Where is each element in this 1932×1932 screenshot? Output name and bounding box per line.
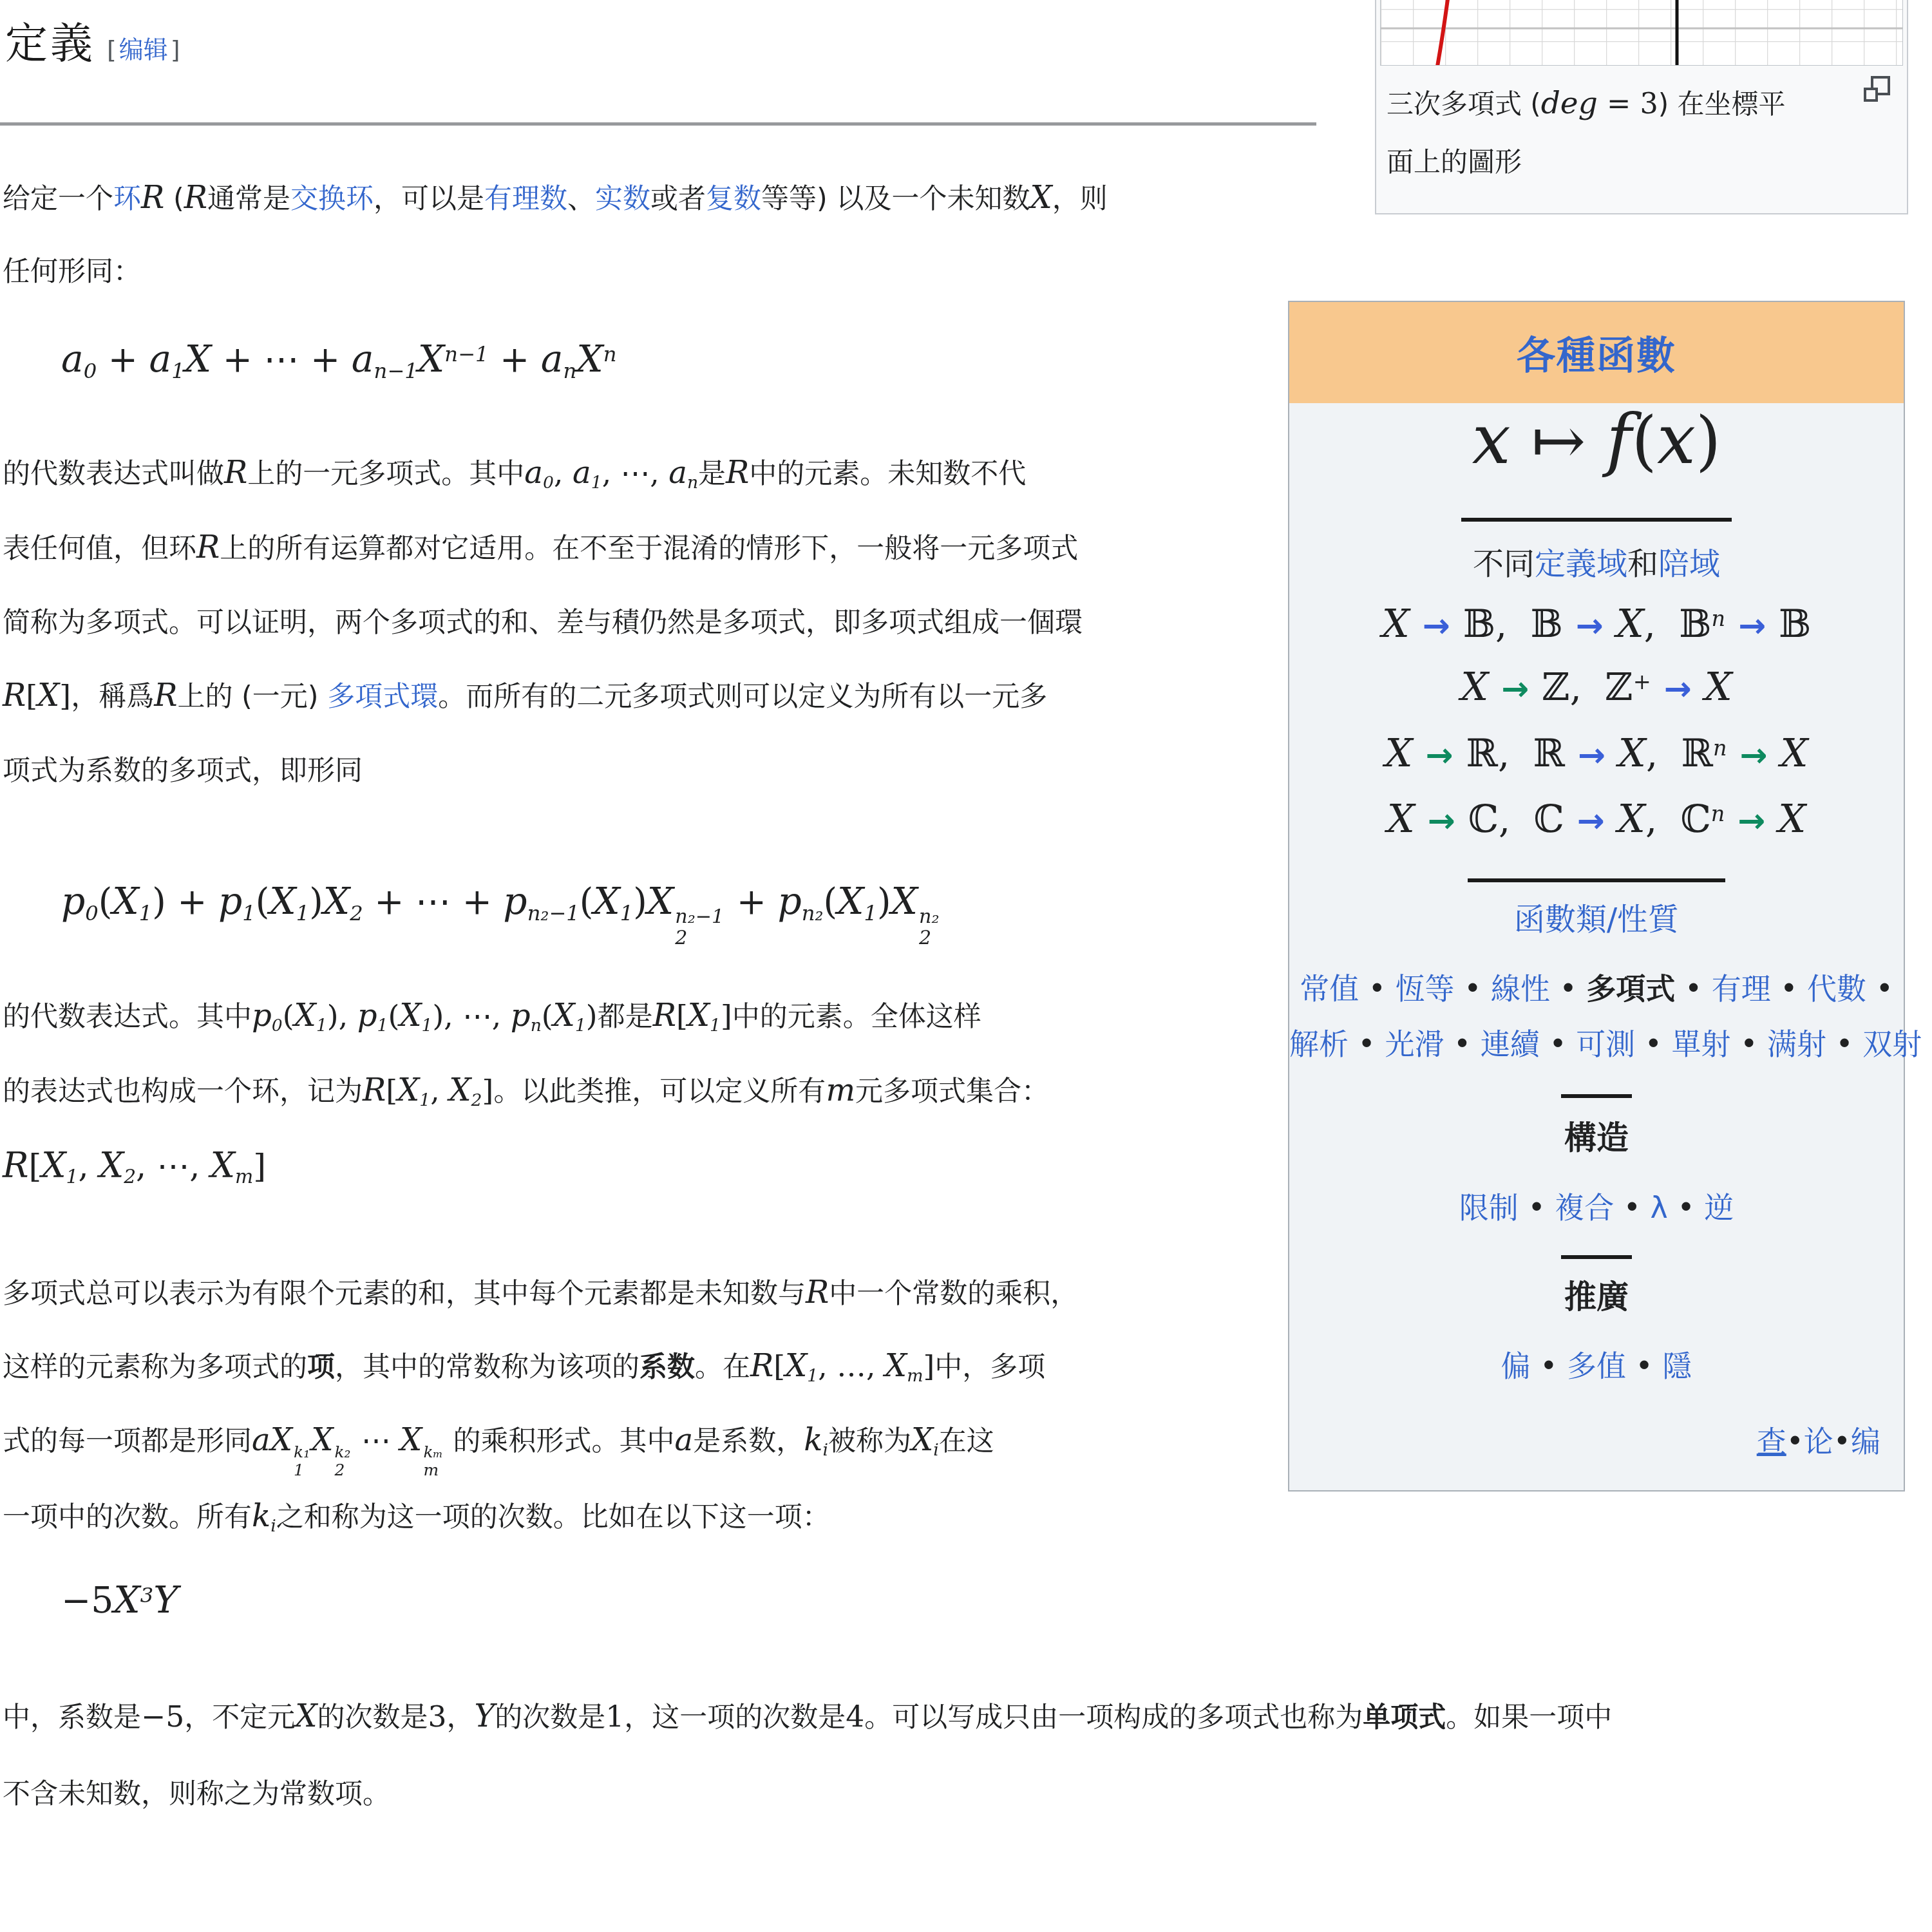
text-run: p [511,998,531,1034]
text-run: • [1455,971,1491,1006]
text-run: 中的元素。未知数不代 [749,458,1026,490]
text-run: 一项中的次数。所有 [3,1501,252,1533]
text-run: • [1833,1424,1851,1459]
text-run: 中，系数是 [3,1701,141,1734]
text-run: ), ⋯, [432,999,510,1033]
text-run: 𝔹 [1531,602,1563,647]
text-run: i [270,1516,276,1536]
text-run: • [1675,971,1711,1006]
text-run: [ [676,999,688,1033]
text-run: R [653,998,676,1034]
link[interactable]: λ [1651,1190,1668,1225]
text-run: , [1646,733,1681,775]
math-base: X [647,879,674,923]
paragraph-line: 不含未知数，则称之为常数项。 [3,1777,390,1812]
text-run: • [1359,971,1395,1006]
link[interactable]: 陪域 [1658,546,1720,582]
text-run: X [269,879,296,923]
text-run: i [933,1440,939,1460]
text-run: X [1616,601,1644,647]
text-run: n−1 [374,359,417,383]
link[interactable]: 多項式 [1586,971,1675,1006]
link[interactable]: 解析 [1289,1027,1349,1061]
text-run: 元多项式集合： [855,1075,1049,1108]
text-run: X [113,1578,140,1622]
math-scripts: k₂2 [334,1443,350,1479]
text-run: k [804,1422,822,1458]
text-run: 1 [419,1090,430,1110]
text-run: 表任何值，但环 [3,533,196,565]
text-run: ℤ [1542,665,1569,710]
text-run: 1 [710,1016,721,1036]
cubic-polynomial-graph-image[interactable] [1380,0,1903,66]
text-run: 1 [316,1016,327,1036]
text-run: 1 [620,901,634,925]
math-base: X [891,879,918,923]
text-run: • [1444,1027,1480,1061]
text-run: R [363,1072,386,1108]
text-run: 2 [124,1166,136,1188]
divider [1461,518,1732,522]
link[interactable]: 多值 [1567,1349,1626,1383]
text-run: 或者 [650,183,706,215]
text-run: X [553,998,575,1034]
paragraph-line: 的代数表达式叫做R上的一元多项式。其中a0, a1, ⋯, an是R中的元素。未… [3,457,1026,492]
text-run: X [885,1348,907,1384]
text-run: a [252,1422,270,1458]
text-run: → [1423,607,1450,645]
text-run: 1 [171,359,185,383]
text-run: X [323,879,350,923]
text-run: n [603,342,617,366]
text-run: 中，多项 [934,1351,1045,1383]
link[interactable]: 線性 [1491,971,1550,1006]
text-run: , [1498,733,1533,775]
text-run: ( [542,999,553,1033]
text-run: [ [386,1074,397,1108]
text-run: ( [1632,403,1657,478]
text-run: 。如果一项中 [1446,1701,1612,1734]
infobox-title[interactable]: 各種函數 [1517,325,1676,381]
text-run: ) [1696,403,1721,478]
link[interactable]: 有理 [1712,971,1771,1006]
text-run: x [1472,400,1511,480]
text-run: 的乘积形式。其中 [444,1425,675,1457]
divider [1468,878,1725,882]
text-run: X [593,879,620,923]
text-run: ), [327,999,357,1033]
link[interactable]: 双射 [1862,1027,1922,1061]
text-run: → [1578,736,1605,775]
text-run: ( [823,881,837,922]
text-run: ) 在坐標平 [1658,88,1786,120]
text-run: X [1382,601,1410,647]
text-run: ， [447,1701,475,1734]
text-run: 、 [567,183,595,215]
text-run: 1 [377,1016,388,1036]
math-formula-bivariate: p0(X1) + p1(X1)X2 + ⋯ + pn₂−1(X1)Xn₂−12 … [61,882,940,949]
text-run: 都是 [598,1001,653,1033]
text-run: 3 [428,1700,447,1734]
text-run: 是 [698,458,726,490]
text-run: X [911,1422,933,1458]
text-run: ( [164,183,184,215]
edit-section: [编辑] [107,30,180,65]
link[interactable]: 论 [1804,1424,1833,1459]
text-run: ] [721,999,732,1033]
text-run: ⋯ [352,1423,401,1457]
math-scripts: n₂−12 [675,906,724,949]
text-run: ℤ [1605,665,1633,710]
mapping-row-boolean: X→𝔹, 𝔹→X, 𝔹n→𝔹 [1289,605,1904,645]
infobox-header: 各種函數 [1289,302,1904,403]
math-scripts: kₘm [423,1443,442,1479]
link[interactable]: 恆等 [1396,971,1455,1006]
text-run: ( [580,881,594,922]
text-run: a [524,455,543,491]
construction-section-header: 構造 [1289,1112,1904,1159]
text-run: R [750,1348,773,1384]
text-run: p [503,879,527,923]
text-run: 1 [139,901,153,925]
text-run: R [3,677,26,714]
edit-bracket-open: [ [107,35,117,64]
function-class-links-row: 常值 • 恆等 • 線性 • 多項式 • 有理 • 代數 • [1289,965,1904,1008]
text-run: 面上的圖形 [1387,146,1522,178]
text-run: ] [482,1074,494,1108]
link[interactable]: 偏 [1501,1349,1531,1383]
paragraph-line: R[X]，稱爲R上的 (一元) 多項式環。而所有的二元多项式则可以定义为所有以一… [3,680,1047,715]
text-run: 项式为系数的多项式，即形同 [3,755,363,787]
link[interactable]: 單射 [1672,1027,1731,1061]
math-formula-multivariate-ring: R[X1, X2, ⋯, Xm] [3,1148,266,1187]
paragraph-line: 一项中的次数。所有ki之和称为这一项的次数。比如在以下这一项： [3,1501,830,1535]
text-run: n [687,473,698,493]
text-run: n [531,1016,542,1036]
text-run: , [1645,799,1681,841]
link[interactable]: 定義域 [1535,546,1627,582]
text-run: X [785,1348,807,1384]
text-run: 给定一个 [3,183,113,215]
text-run: n [1712,606,1726,631]
text-run: ) [586,999,598,1033]
text-run: 三次多項式 ( [1387,88,1541,120]
math-formula-univariate: a0 + a1X + ⋯ + an−1Xn−1 + anXn [61,340,616,382]
text-run: ( [256,881,270,922]
text-run: ↦ [1511,403,1606,478]
text-run: ，这一项的次数是 [624,1701,846,1734]
text-run: ( [99,881,113,922]
text-run: 上的一元多项式。其中 [247,458,524,490]
text-run: 等等) 以及一个未知数 [761,183,1030,215]
link[interactable]: 複合 [1555,1190,1614,1225]
text-run: 单项式 [1363,1701,1446,1734]
text-run: R [224,455,247,491]
text-run: ℂ [1680,797,1710,842]
link[interactable]: 限制 [1459,1190,1519,1225]
text-run: f [1606,400,1631,480]
text-run: p [778,879,802,923]
text-run: 0 [84,359,97,383]
text-run: X [688,998,710,1034]
function-classes-header-link: 函數類/性質 [1289,895,1904,939]
text-run: + [489,339,541,380]
text-run: ) [633,881,647,922]
text-run: 1 [807,1366,818,1386]
text-run: a [541,337,563,381]
text-run: X [185,337,211,381]
text-run: 3 [140,1583,154,1607]
text-run: • [1519,1190,1555,1225]
text-run: 不含未知数，则称之为常数项。 [3,1778,390,1810]
text-run: → [1576,607,1604,645]
math-base: X [400,1422,422,1458]
text-run: ，可以是 [374,183,484,215]
text-run: 。而所有的二元多项式则可以定义为所有以一元多 [438,681,1047,713]
text-run: R [726,455,749,491]
text-run: ] [253,1147,266,1185]
link[interactable]: 隱 [1662,1349,1692,1383]
text-run: X [1030,180,1052,216]
text-run: 和 [1627,546,1658,582]
text-run: X [294,998,316,1034]
text-run: i [822,1440,828,1460]
text-run: p [252,998,272,1034]
text-run: 不同 [1473,546,1535,582]
link[interactable]: 光滑 [1385,1027,1444,1061]
text-run: 𝔹 [1679,602,1711,647]
math-base: X [270,1422,292,1458]
text-run: 的次数是 [495,1701,605,1734]
text-run: n [1711,801,1725,826]
text-run: , [1570,667,1605,709]
text-run: m [907,1366,923,1386]
text-run: 1 [296,901,310,925]
link[interactable]: 复数 [706,183,761,215]
section-heading: 定義 [编辑] [5,9,180,70]
view-talk-edit-links: 查•论•编 [1289,1418,1904,1461]
text-run: X [418,337,444,381]
text-run: → [1577,802,1605,840]
text-run: • [1626,1349,1662,1383]
text-run: [ [773,1349,785,1383]
text-run: a [573,455,591,491]
link[interactable]: 可測 [1576,1027,1635,1061]
text-run: 是系数， [693,1425,804,1457]
mapping-row-integer: X→ℤ, ℤ+→X [1289,668,1904,708]
text-run: 上的 (一元) [177,681,327,713]
link[interactable]: 代數 [1807,971,1866,1006]
text-run: R [184,180,207,216]
text-run: n [1713,735,1727,761]
text-run: [ [28,1147,41,1185]
text-run: 这样的元素称为多项式的 [3,1351,307,1383]
text-run: , [430,1074,449,1108]
text-run: 𝔹 [1463,602,1495,647]
text-run: 简称为多项式。可以证明，两个多项式的和、差与積仍然是多项式，即多项式组成一個環 [3,607,1083,639]
heading-divider [0,122,1316,126]
math-base: X [311,1422,333,1458]
text-run: [ [26,679,37,713]
paragraph-line: 多项式总可以表示为有限个元素的和，其中每个元素都是未知数与R中一个常数的乘积， [3,1277,1078,1312]
text-run: • [1349,1027,1385,1061]
text-run: X [1385,731,1413,776]
math-scripts: n₂2 [919,906,940,949]
text-run: 2 [350,901,363,925]
infobox-domain-codomain-line: 不同定義域和陪域 [1289,539,1904,583]
text-run: R [196,529,220,565]
text-run: • [1614,1190,1650,1225]
text-run: X [1618,731,1646,776]
text-run: n₂ [802,901,824,925]
text-run: • [1786,1424,1804,1459]
generalization-section-header: 推廣 [1289,1271,1904,1318]
paragraph-line: 中，系数是−5，不定元X的次数是3，Y的次数是1，这一项的次数是4。可以写成只由… [3,1701,1612,1736]
text-run: ℝ [1681,732,1713,776]
text-run: • [1866,971,1893,1006]
text-run: n₂−1 [527,901,580,925]
text-run: , [1495,603,1531,646]
text-run: a [674,1422,693,1458]
paragraph-line: 简称为多项式。可以证明，两个多项式的和、差与積仍然是多项式，即多项式组成一個環 [3,606,1083,641]
text-run: 1 [575,1016,586,1036]
text-run: → [1738,607,1766,645]
text-run: • [1635,1027,1671,1061]
figure-caption-line: 三次多項式 (deg = 3) 在坐標平 [1387,83,1785,122]
paragraph-line: 表任何值，但环R上的所有运算都对它适用。在不至于混淆的情形下，一般将一元多项式 [3,532,1078,567]
text-run: X [41,1145,66,1186]
text-run: a [149,337,171,381]
wikipedia-article-page: 定義 [编辑] 给定一个环R (R通常是交换环，可以是有理数、实数或者复数等等)… [0,0,1932,1932]
text-run: ] [923,1349,934,1383]
text-run: • [1668,1190,1704,1225]
text-run: 上的所有运算都对它适用。在不至于混淆的情形下，一般将一元多项式 [220,533,1078,565]
paragraph-line: 的表达式也构成一个环，记为R[X1, X2]。以此类推，可以定义所有m元多项式集… [3,1075,1049,1110]
text-run: 0 [272,1016,283,1036]
text-run: X [837,879,864,923]
text-run: 中的元素。全体这样 [732,1001,981,1033]
text-run: • [1531,1349,1567,1383]
generalization-links-row: 偏 • 多值 • 隱 [1289,1343,1904,1385]
text-run: Y [475,1698,495,1734]
math-scripts: k₁1 [294,1443,310,1479]
divider [1561,1255,1632,1259]
paragraph-line: 的代数表达式。其中p0(X1), p1(X1), ⋯, pn(X1)都是R[X1… [3,1000,981,1035]
text-run: 。可以写成只由一项构成的多项式也称为 [864,1701,1363,1734]
text-run: X [99,1145,124,1186]
page-section-title: 定義 [5,9,95,70]
text-run: 2 [471,1090,482,1110]
text-run: → [1426,736,1454,775]
text-run: ( [388,999,399,1033]
text-run: 𝔹 [1779,602,1811,647]
text-run: 在这 [939,1425,994,1457]
text-run: a [61,337,84,381]
paragraph-line: 任何形同： [3,255,141,290]
link[interactable]: 有理数 [484,183,567,215]
text-run: p [357,998,377,1034]
text-run: x [1657,400,1696,480]
text-run: Y [153,1578,178,1622]
text-run: ) + [152,881,218,922]
link[interactable]: 实数 [595,183,650,215]
text-run: → [1664,670,1692,708]
link[interactable]: 环 [113,183,141,215]
text-run: , [79,1147,99,1185]
text-run: X [112,879,138,923]
edit-link[interactable]: 编辑 [119,35,168,64]
text-run: , [1644,603,1680,646]
paragraph-line: 这样的元素称为多项式的项，其中的常数称为该项的系数。在R[X1, …, Xm]中… [3,1350,1045,1385]
text-run: ) [309,881,323,922]
text-run: p [218,879,242,923]
paragraph-line: 式的每一项都是形同aXk₁1Xk₂2 ⋯ Xkₘm 的乘积形式。其中a是系数，k… [3,1425,994,1479]
link[interactable]: 查 [1757,1424,1786,1459]
text-run: ，稱爲 [71,681,154,713]
text-run: 中一个常数的乘积， [829,1278,1078,1310]
text-run: + [725,881,777,922]
text-run: 0 [543,473,554,493]
link[interactable]: 多項式環 [327,681,438,713]
text-run: ，其中的常数称为该项的 [335,1351,639,1383]
text-run: 多项式总可以表示为有限个元素的和，其中每个元素都是未知数与 [3,1278,806,1310]
link[interactable]: 逆 [1704,1190,1734,1225]
link[interactable]: 函數類/性質 [1514,902,1679,938]
text-run: 式的每一项都是形同 [3,1425,252,1457]
text-run: 4 [846,1700,864,1734]
text-run: X [397,1072,419,1108]
text-run: + ⋯ + [211,339,352,380]
text-run: R [141,180,164,216]
magnify-expand-icon[interactable] [1863,75,1891,104]
text-run: 的次数是 [317,1701,428,1734]
cubic-polynomial-graph [1381,0,1903,66]
text-run: 1 [242,901,256,925]
text-run: 之和称为这一项的次数。比如在以下这一项： [276,1501,830,1533]
text-run: a [352,337,374,381]
link[interactable]: 交换环 [290,183,374,215]
text-run: • [1731,1027,1767,1061]
figure-thumbnail: 三次多項式 (deg = 3) 在坐標平 面上的圖形 [1375,0,1908,214]
text-run: X [1387,797,1415,842]
text-run: 通常是 [207,183,290,215]
text-run: p [61,879,85,923]
paragraph-line: 项式为系数的多项式，即形同 [3,754,363,789]
text-run: ( [283,999,294,1033]
function-class-links-row: 解析 • 光滑 • 連續 • 可測 • 單射 • 满射 • 双射 [1289,1021,1904,1063]
text-run: X [1461,665,1488,710]
text-run: , …, [818,1349,885,1383]
paragraph-line: 给定一个环R (R通常是交换环，可以是有理数、实数或者复数等等) 以及一个未知数… [3,182,1108,217]
text-run: ，不定元 [184,1701,295,1734]
text-run: + [1633,669,1651,694]
link[interactable]: 連續 [1481,1027,1540,1061]
text-run: 1 [66,1166,79,1188]
text-run: 任何形同： [3,256,141,288]
text-run: X [1705,665,1732,710]
link[interactable]: 满射 [1767,1027,1826,1061]
text-run: ℝ [1533,732,1565,776]
text-run: X [576,337,603,381]
link[interactable]: 常值 [1300,971,1359,1006]
text-run: n−1 [444,342,488,366]
text-run: X [399,998,421,1034]
text-run: • [1540,1027,1576,1061]
link[interactable]: 编 [1851,1424,1880,1459]
text-run: ℝ [1466,732,1498,776]
text-run: • [1771,971,1807,1006]
text-run: n [563,359,576,383]
